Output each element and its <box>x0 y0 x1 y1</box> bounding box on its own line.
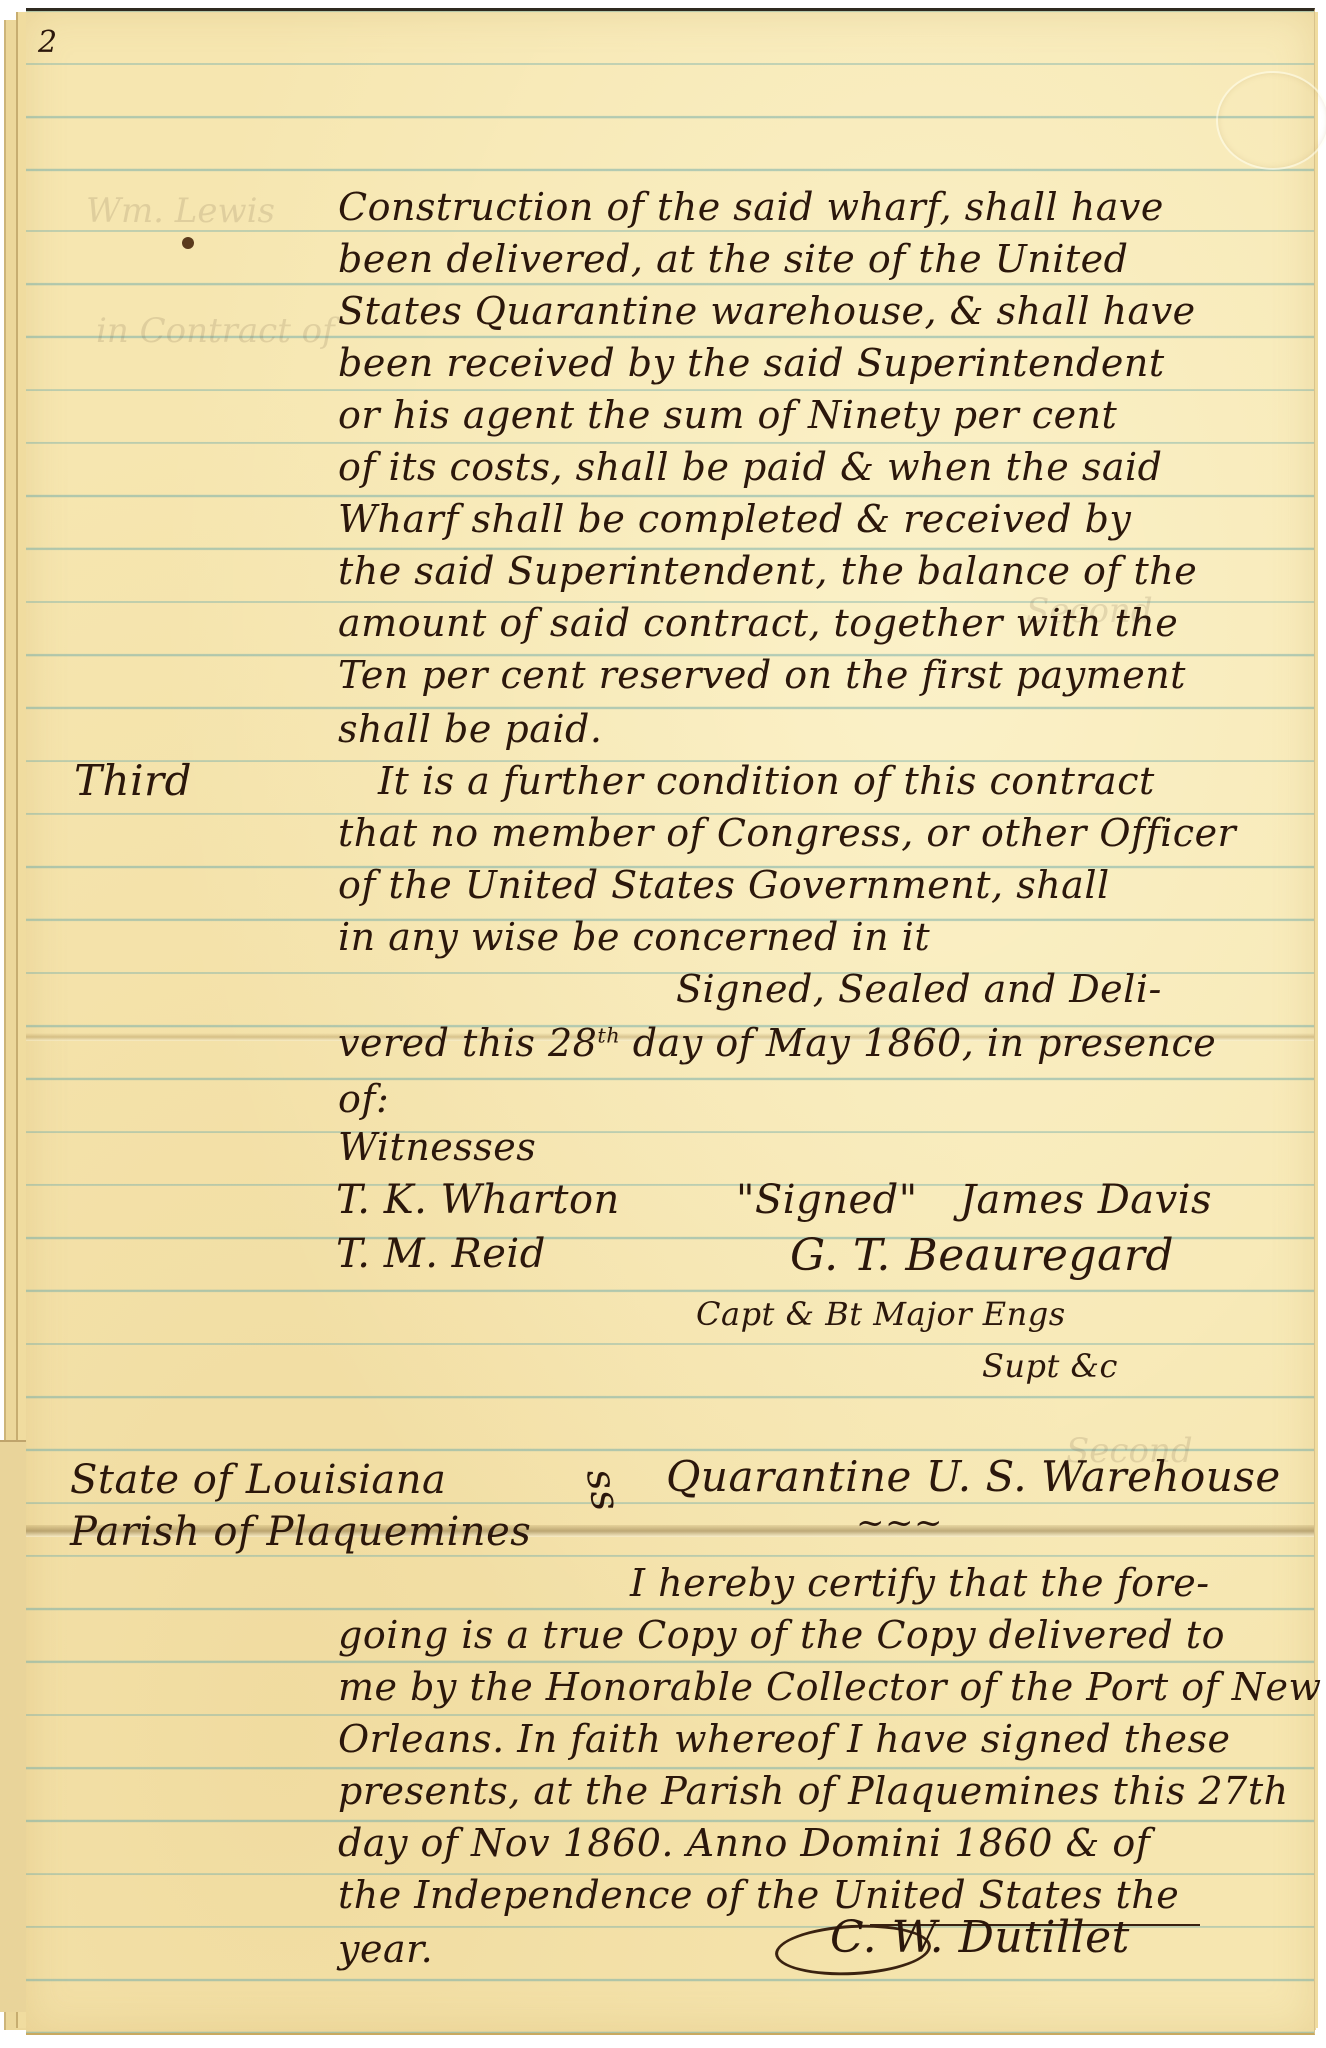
text-line: or his agent the sum of Ninety per cent <box>338 396 1117 434</box>
venue-state: State of Louisiana <box>70 1460 446 1500</box>
superintendent-title: Supt &c <box>982 1350 1118 1382</box>
text-line: States Quarantine warehouse, & shall hav… <box>338 292 1196 330</box>
day-number: 28 <box>548 1021 597 1065</box>
text-fragment: vered this <box>338 1021 548 1065</box>
text-line: in any wise be concerned in it <box>338 918 930 956</box>
text-line: presents, at the Parish of Plaquemines t… <box>338 1772 1289 1810</box>
witness-name: T. M. Reid <box>336 1234 546 1274</box>
embossed-seal-icon <box>1216 71 1326 170</box>
text-line: It is a further condition of this contra… <box>378 762 1155 800</box>
seal-mark-icon: ss <box>580 1466 627 1514</box>
text-line: Signed, Sealed and Deli- <box>676 970 1162 1008</box>
month: May <box>766 1021 851 1065</box>
ink-blot <box>182 237 194 249</box>
margin-label-third: Third <box>74 760 192 802</box>
text-line: the Independence of the United States th… <box>338 1876 1179 1914</box>
year: 1860 <box>863 1021 962 1065</box>
location-heading: Quarantine U. S. Warehouse <box>666 1456 1281 1498</box>
text-fragment: , in presence <box>962 1021 1217 1065</box>
text-line: Wharf shall be completed & received by <box>338 500 1131 538</box>
text-fragment: day of <box>620 1021 766 1065</box>
text-line: going is a true Copy of the Copy deliver… <box>338 1616 1225 1654</box>
text-line: amount of said contract, together with t… <box>338 604 1178 642</box>
text-line: Orleans. In faith whereof I have signed … <box>338 1720 1231 1758</box>
text-line: day of Nov 1860. Anno Domini 1860 & of <box>338 1824 1150 1862</box>
text-line: of its costs, shall be paid & when the s… <box>338 448 1162 486</box>
execution-date-line: vered this 28th day of May 1860, in pres… <box>338 1024 1216 1062</box>
text-line: I hereby certify that the fore- <box>630 1564 1210 1602</box>
heading-flourish-icon: ~~~ <box>856 1506 943 1540</box>
witness-name: T. K. Wharton <box>336 1180 620 1220</box>
witnesses-heading: Witnesses <box>338 1128 536 1166</box>
text-line: Ten per cent reserved on the first payme… <box>338 656 1186 694</box>
text-line: year. <box>338 1930 433 1968</box>
signed-marker: "Signed" <box>736 1180 918 1220</box>
text-line: been received by the said Superintendent <box>338 344 1165 382</box>
certifier-signature: C. W. Dutillet <box>830 1916 1130 1960</box>
contractor-signature: James Davis <box>960 1180 1212 1220</box>
text-line: that no member of Congress, or other Off… <box>338 814 1236 852</box>
bleed-through-text: in Contract of <box>96 311 335 351</box>
bleed-through-text: Wm. Lewis <box>86 191 275 231</box>
text-line: shall be paid. <box>338 710 602 748</box>
text-line: been delivered, at the site of the Unite… <box>338 240 1128 278</box>
superintendent-title: Capt & Bt Major Engs <box>696 1298 1066 1330</box>
day-suffix: th <box>597 1023 620 1047</box>
text-line: me by the Honorable Collector of the Por… <box>338 1668 1321 1706</box>
text-line: the said Superintendent, the balance of … <box>338 552 1197 590</box>
text-line: of: <box>338 1080 389 1118</box>
page-number: 2 <box>38 28 58 58</box>
venue-parish: Parish of Plaquemines <box>70 1512 531 1552</box>
text-line: Construction of the said wharf, shall ha… <box>338 188 1164 226</box>
text-fragment <box>850 1021 863 1065</box>
text-line: of the United States Government, shall <box>338 866 1110 904</box>
superintendent-signature: G. T. Beauregard <box>790 1234 1174 1278</box>
